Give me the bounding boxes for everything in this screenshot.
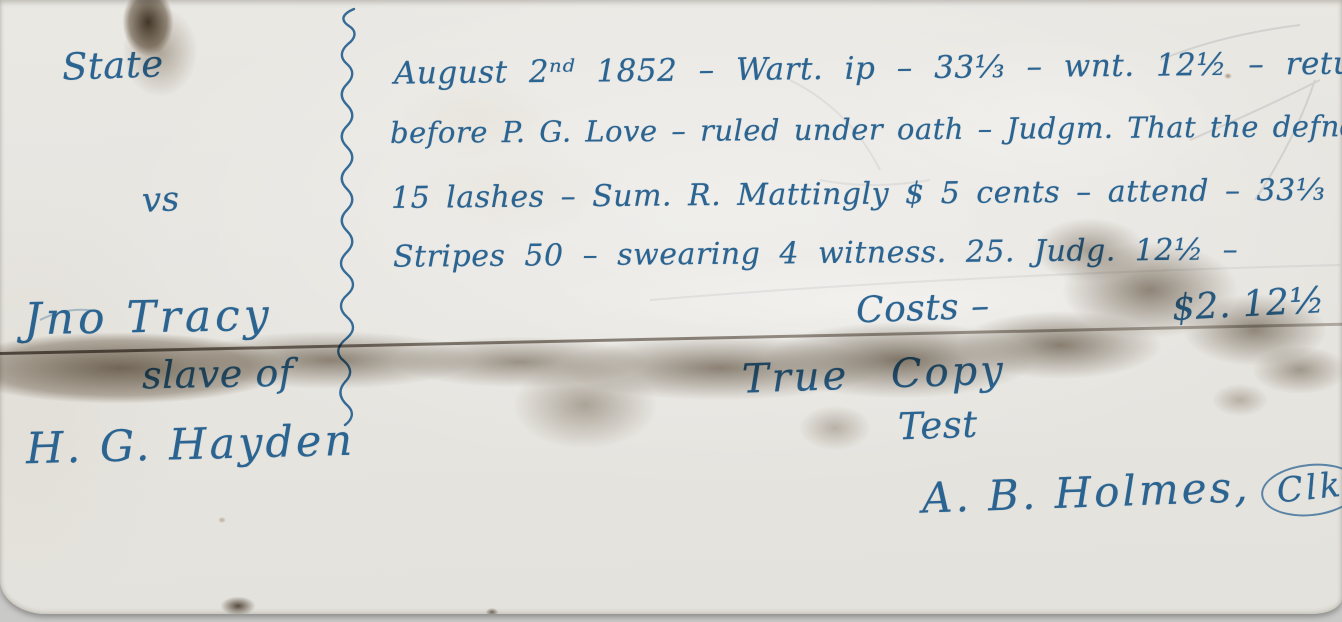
- scanned-document: State vs Jno Tracy slave of H. G. Hayden…: [0, 0, 1342, 622]
- caption-owner-name: H. G. Hayden: [25, 416, 355, 475]
- caption-versus: vs: [141, 179, 181, 221]
- caption-state: State: [61, 42, 164, 89]
- clerk-signature-name: A. B. Holmes,: [921, 462, 1251, 522]
- costs-amount: $2. 12½: [1171, 280, 1326, 329]
- entry-line-2: before P. G. Love – ruled under oath – J…: [390, 108, 1342, 150]
- caption-defendant-desc: slave of: [142, 351, 294, 398]
- entry-line-4: Stripes 50 – swearing 4 witness. 25. Jud…: [393, 232, 1238, 274]
- caption-defendant-name: Jno Tracy: [24, 290, 273, 345]
- clerk-signature-title: Clk: [1258, 459, 1342, 521]
- certification-test: Test: [897, 403, 978, 449]
- costs-label: Costs –: [855, 286, 990, 332]
- certification-true-copy: True Copy: [741, 347, 1006, 402]
